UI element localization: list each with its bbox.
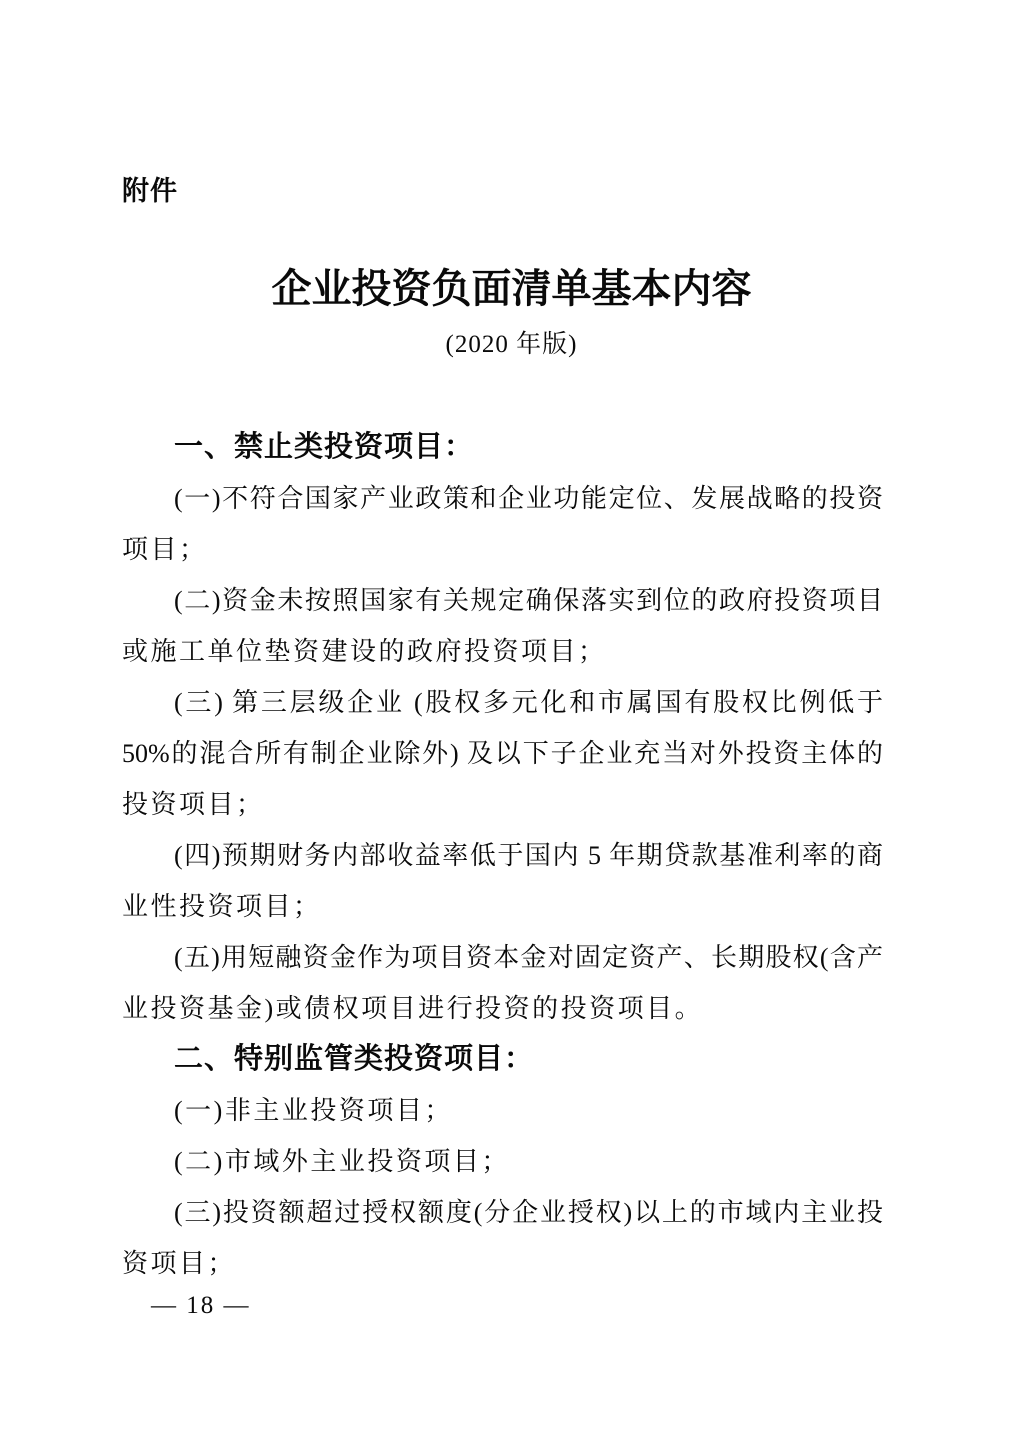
paragraph-line: 或施工单位垫资建设的政府投资项目； [122,626,883,677]
section-heading: 一、禁止类投资项目： [122,422,883,473]
paragraph-line: 资项目； [122,1238,883,1289]
page-number: — 18 — [151,1289,251,1323]
paragraph-line: 业性投资项目； [122,881,883,932]
paragraph-line: 50%的混合所有制企业除外) 及以下子企业充当对外投资主体的 [122,728,883,779]
paragraph-line: (三)投资额超过授权额度(分企业授权)以上的市域内主业投 [122,1187,883,1238]
paragraph-line: 项目； [122,524,883,575]
section-heading: 二、特别监管类投资项目： [122,1034,883,1085]
paragraph-line: (三) 第三层级企业 (股权多元化和市属国有股权比例低于 [122,677,883,728]
document-sections: 一、禁止类投资项目：(一)不符合国家产业政策和企业功能定位、发展战略的投资项目；… [122,422,883,1289]
paragraph-line: 业投资基金)或债权项目进行投资的投资项目。 [122,983,883,1034]
paragraph-line: (二)资金未按照国家有关规定确保落实到位的政府投资项目 [122,575,883,626]
paragraph-line: (一)非主业投资项目； [122,1085,883,1136]
document-title: 企业投资负面清单基本内容 [0,264,1023,314]
attachment-label: 附件 [122,174,178,208]
document-page: 附件 企业投资负面清单基本内容 (2020 年版) 一、禁止类投资项目：(一)不… [0,0,1023,1449]
paragraph-line: (四)预期财务内部收益率低于国内 5 年期贷款基准利率的商 [122,830,883,881]
paragraph-line: (一)不符合国家产业政策和企业功能定位、发展战略的投资 [122,473,883,524]
paragraph-line: (二)市域外主业投资项目； [122,1136,883,1187]
paragraph-line: 投资项目； [122,779,883,830]
document-edition: (2020 年版) [0,328,1023,362]
paragraph-line: (五)用短融资金作为项目资本金对固定资产、长期股权(含产 [122,932,883,983]
